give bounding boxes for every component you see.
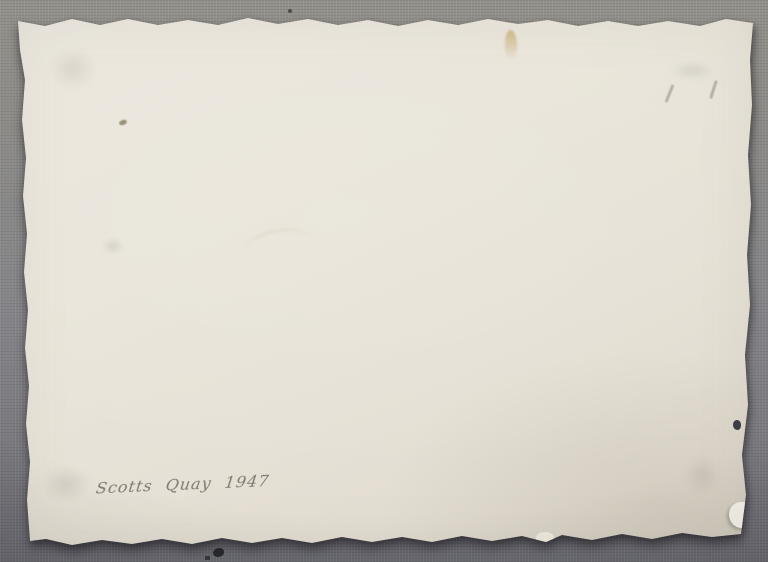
photo-vignette [0, 0, 768, 562]
photo-paper-verso: Scotts Quay 1947 [0, 0, 768, 562]
